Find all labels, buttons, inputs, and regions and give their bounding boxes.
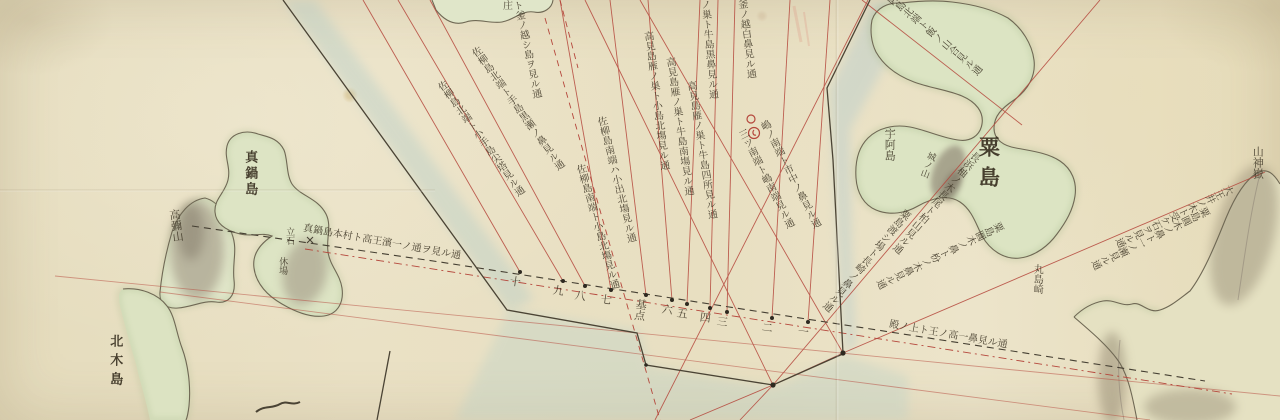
baseline-dashed bbox=[192, 226, 1205, 381]
map-canvas: 佐柳島北端ト小手島尖塔見ル通佐柳島北端ト手島黒瀬ノ鼻見ル通佐柳島南端ト小島北塲見… bbox=[0, 0, 1280, 420]
shore-wash bbox=[283, 0, 908, 420]
red-circle-survey-mark bbox=[747, 115, 760, 139]
coast-top bbox=[432, 0, 553, 23]
islands bbox=[119, 0, 1280, 420]
island-awashima bbox=[856, 1, 1076, 258]
map-artwork bbox=[0, 0, 1280, 420]
mainland-cape bbox=[1074, 158, 1280, 420]
